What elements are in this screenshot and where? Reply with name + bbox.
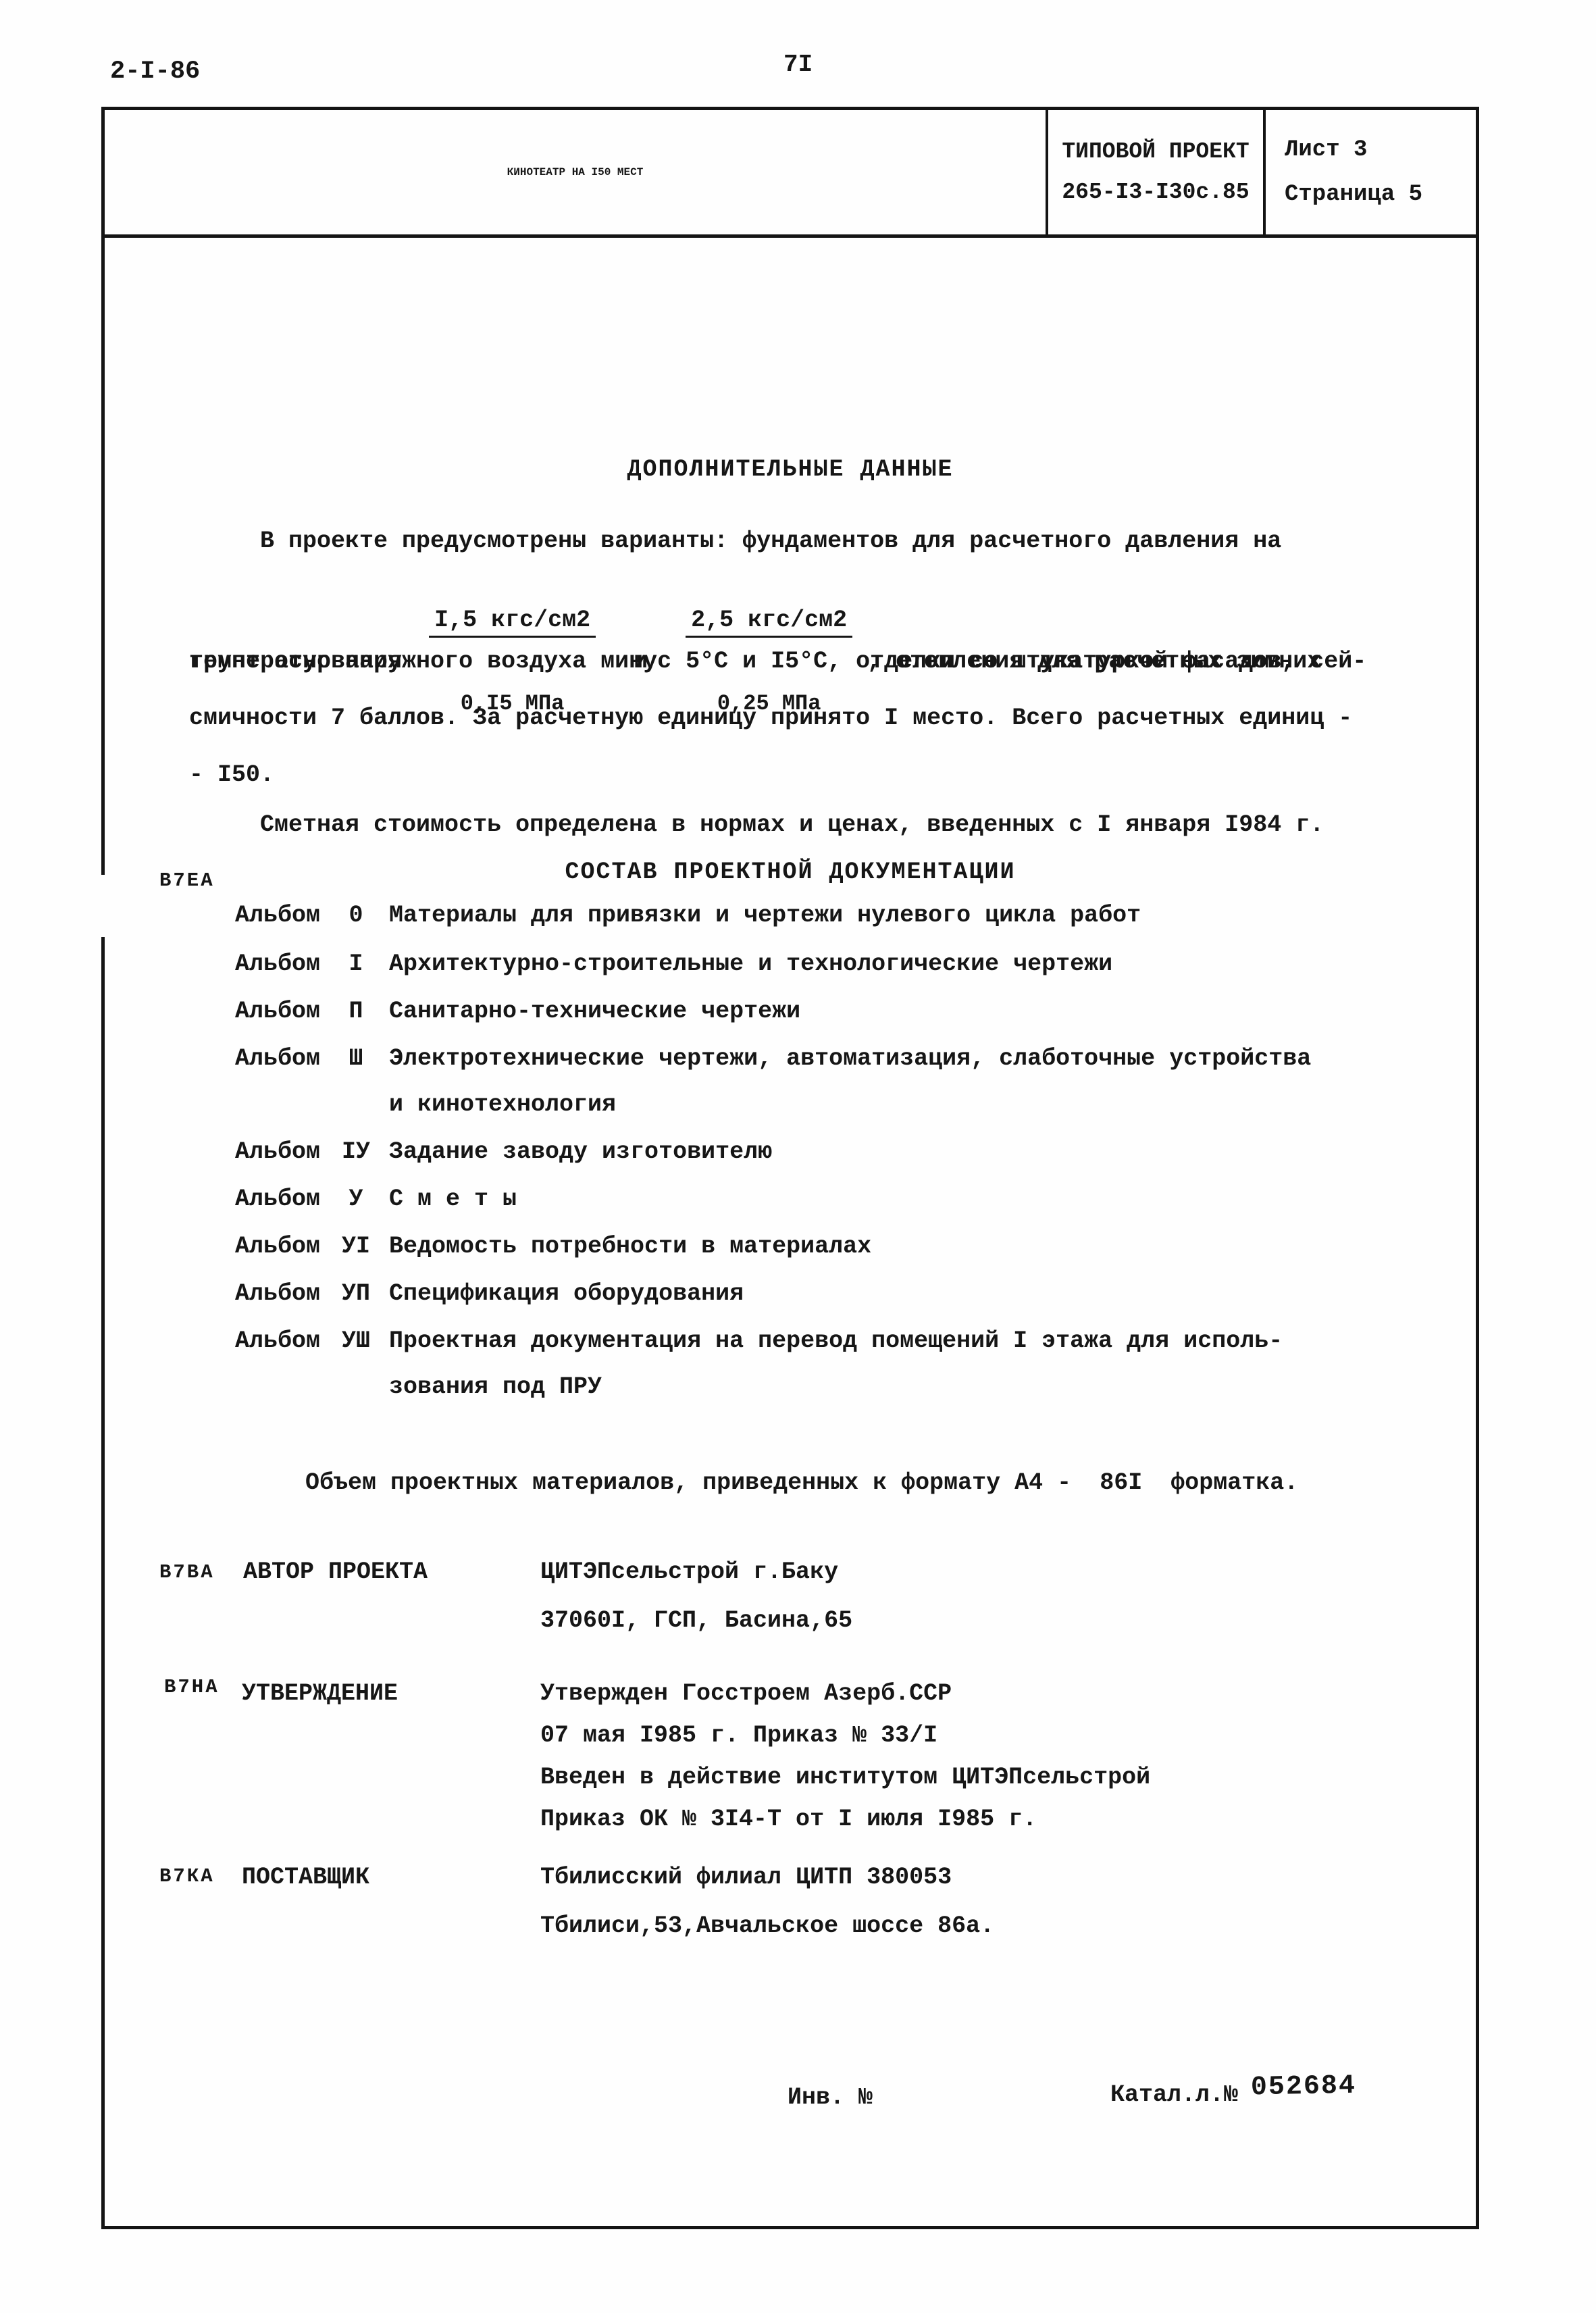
album-number: Ш [332, 1046, 380, 1072]
catalog-sheet-label: Катал.л.№ [1110, 2082, 1238, 2108]
page-number: 7I [783, 51, 813, 78]
album-description: Санитарно-технические чертежи [389, 998, 800, 1025]
album-number: УШ [332, 1328, 380, 1354]
album-row: Альбом УП Спецификация оборудования [235, 1281, 744, 1307]
author-label: АВТОР ПРОЕКТА [243, 1559, 428, 1585]
title-cell: КИНОТЕАТР НА I50 МЕСТ [105, 110, 1046, 234]
page-label: Страница 5 [1285, 172, 1476, 217]
album-row: Альбом IУ Задание заводу изготовителю [235, 1139, 772, 1165]
para-line-4: смичности 7 баллов. За расчетную единицу… [189, 705, 1352, 732]
album-word: Альбом [235, 1281, 330, 1307]
project-type: ТИПОВОЙ ПРОЕКТ [1062, 132, 1249, 172]
album-description: Задание заводу изготовителю [389, 1139, 772, 1165]
album-description: Спецификация оборудования [389, 1281, 744, 1307]
approval-line-3: Введен в действие институтом ЦИТЭПсельст… [540, 1764, 1150, 1791]
document-page: 2-I-86 7I КИНОТЕАТР НА I50 МЕСТ ТИПОВОЙ … [0, 0, 1596, 2313]
margin-code-approval: В7НА [164, 1677, 220, 1698]
sheet-label: Лист 3 [1285, 128, 1476, 172]
para-line-6: Сметная стоимость определена в нормах и … [189, 812, 1324, 838]
album-word: Альбом [235, 1328, 330, 1354]
album-number: УI [332, 1234, 380, 1260]
album-description: Электротехнические чертежи, автоматизаци… [389, 1046, 1311, 1072]
page-border [101, 107, 1479, 2229]
approval-label: УТВЕРЖДЕНИЕ [242, 1681, 398, 1707]
album-row: Альбом УШ Проектная документация на пере… [235, 1328, 1283, 1354]
inventory-number-label: Инв. № [788, 2085, 873, 2111]
project-code: 265-I3-I30с.85 [1062, 172, 1249, 213]
album-description-wrap: зования под ПРУ [389, 1374, 602, 1400]
author-line-2: 37060I, ГСП, Басина,65 [540, 1608, 852, 1634]
supplier-line-1: Тбилисский филиал ЦИТП 380053 [540, 1864, 952, 1891]
album-description: Проектная документация на перевод помеще… [389, 1328, 1283, 1354]
sheet-cell: Лист 3 Страница 5 [1263, 110, 1476, 234]
section-heading-additional-data: ДОПОЛНИТЕЛЬНЫЕ ДАННЫЕ [101, 457, 1479, 483]
album-number: 0 [332, 903, 380, 929]
album-row: Альбом Ш Электротехнические чертежи, авт… [235, 1046, 1311, 1072]
margin-code-author: В7ВА [159, 1562, 215, 1583]
album-number: П [332, 998, 380, 1025]
album-description: С м е т ы [389, 1186, 517, 1213]
supplier-line-2: Тбилиси,53,Авчальское шоссе 86а. [540, 1913, 994, 1939]
section-heading-composition: СОСТАВ ПРОЕКТНОЙ ДОКУМЕНТАЦИИ [101, 859, 1479, 886]
album-row: Альбом УI Ведомость потребности в матери… [235, 1234, 871, 1260]
album-word: Альбом [235, 998, 330, 1025]
album-number: УП [332, 1281, 380, 1307]
album-word: Альбом [235, 903, 330, 929]
album-description: Материалы для привязки и чертежи нулевог… [389, 903, 1141, 929]
approval-line-1: Утвержден Госстроем Азерб.ССР [540, 1681, 952, 1707]
approval-line-2: 07 мая I985 г. Приказ № 33/I [540, 1723, 937, 1749]
album-word: Альбом [235, 951, 330, 977]
album-word: Альбом [235, 1139, 330, 1165]
album-description-wrap: и кинотехнология [389, 1092, 616, 1118]
album-number: IУ [332, 1139, 380, 1165]
para-line-5: - I50. [189, 762, 274, 788]
catalog-sheet-number: 052684 [1251, 2072, 1357, 2104]
album-word: Альбом [235, 1046, 330, 1072]
approval-line-4: Приказ ОК № 3I4-Т от I июля I985 г. [540, 1806, 1037, 1833]
album-description: Архитектурно-строительные и технологичес… [389, 951, 1112, 977]
project-cell: ТИПОВОЙ ПРОЕКТ 265-I3-I30с.85 [1046, 110, 1263, 234]
margin-code-supplier: В7КА [159, 1866, 215, 1887]
album-word: Альбом [235, 1186, 330, 1213]
para-line-1: В проекте предусмотрены варианты: фундам… [189, 528, 1281, 555]
album-row: Альбом П Санитарно-технические чертежи [235, 998, 800, 1025]
album-description: Ведомость потребности в материалах [389, 1234, 871, 1260]
fraction-2-numerator: 2,5 кгс/см2 [686, 607, 852, 638]
doc-code: 2-I-86 [110, 58, 200, 86]
fraction-1-numerator: I,5 кгс/см2 [429, 607, 596, 638]
album-row: Альбом 0 Материалы для привязки и чертеж… [235, 903, 1141, 929]
author-line-1: ЦИТЭПсельстрой г.Баку [540, 1559, 838, 1585]
album-row: Альбом У С м е т ы [235, 1186, 517, 1213]
title-block: КИНОТЕАТР НА I50 МЕСТ ТИПОВОЙ ПРОЕКТ 265… [101, 107, 1479, 238]
album-word: Альбом [235, 1234, 330, 1260]
album-row: Альбом I Архитектурно-строительные и тех… [235, 951, 1112, 977]
supplier-label: ПОСТАВЩИК [242, 1864, 369, 1891]
album-number: I [332, 951, 380, 977]
para-line-3: температур наружного воздуха минус 5°С и… [189, 649, 1366, 675]
volume-note: Объем проектных материалов, приведенных … [305, 1470, 1298, 1496]
building-title: КИНОТЕАТР НА I50 МЕСТ [507, 166, 644, 178]
album-number: У [332, 1186, 380, 1213]
